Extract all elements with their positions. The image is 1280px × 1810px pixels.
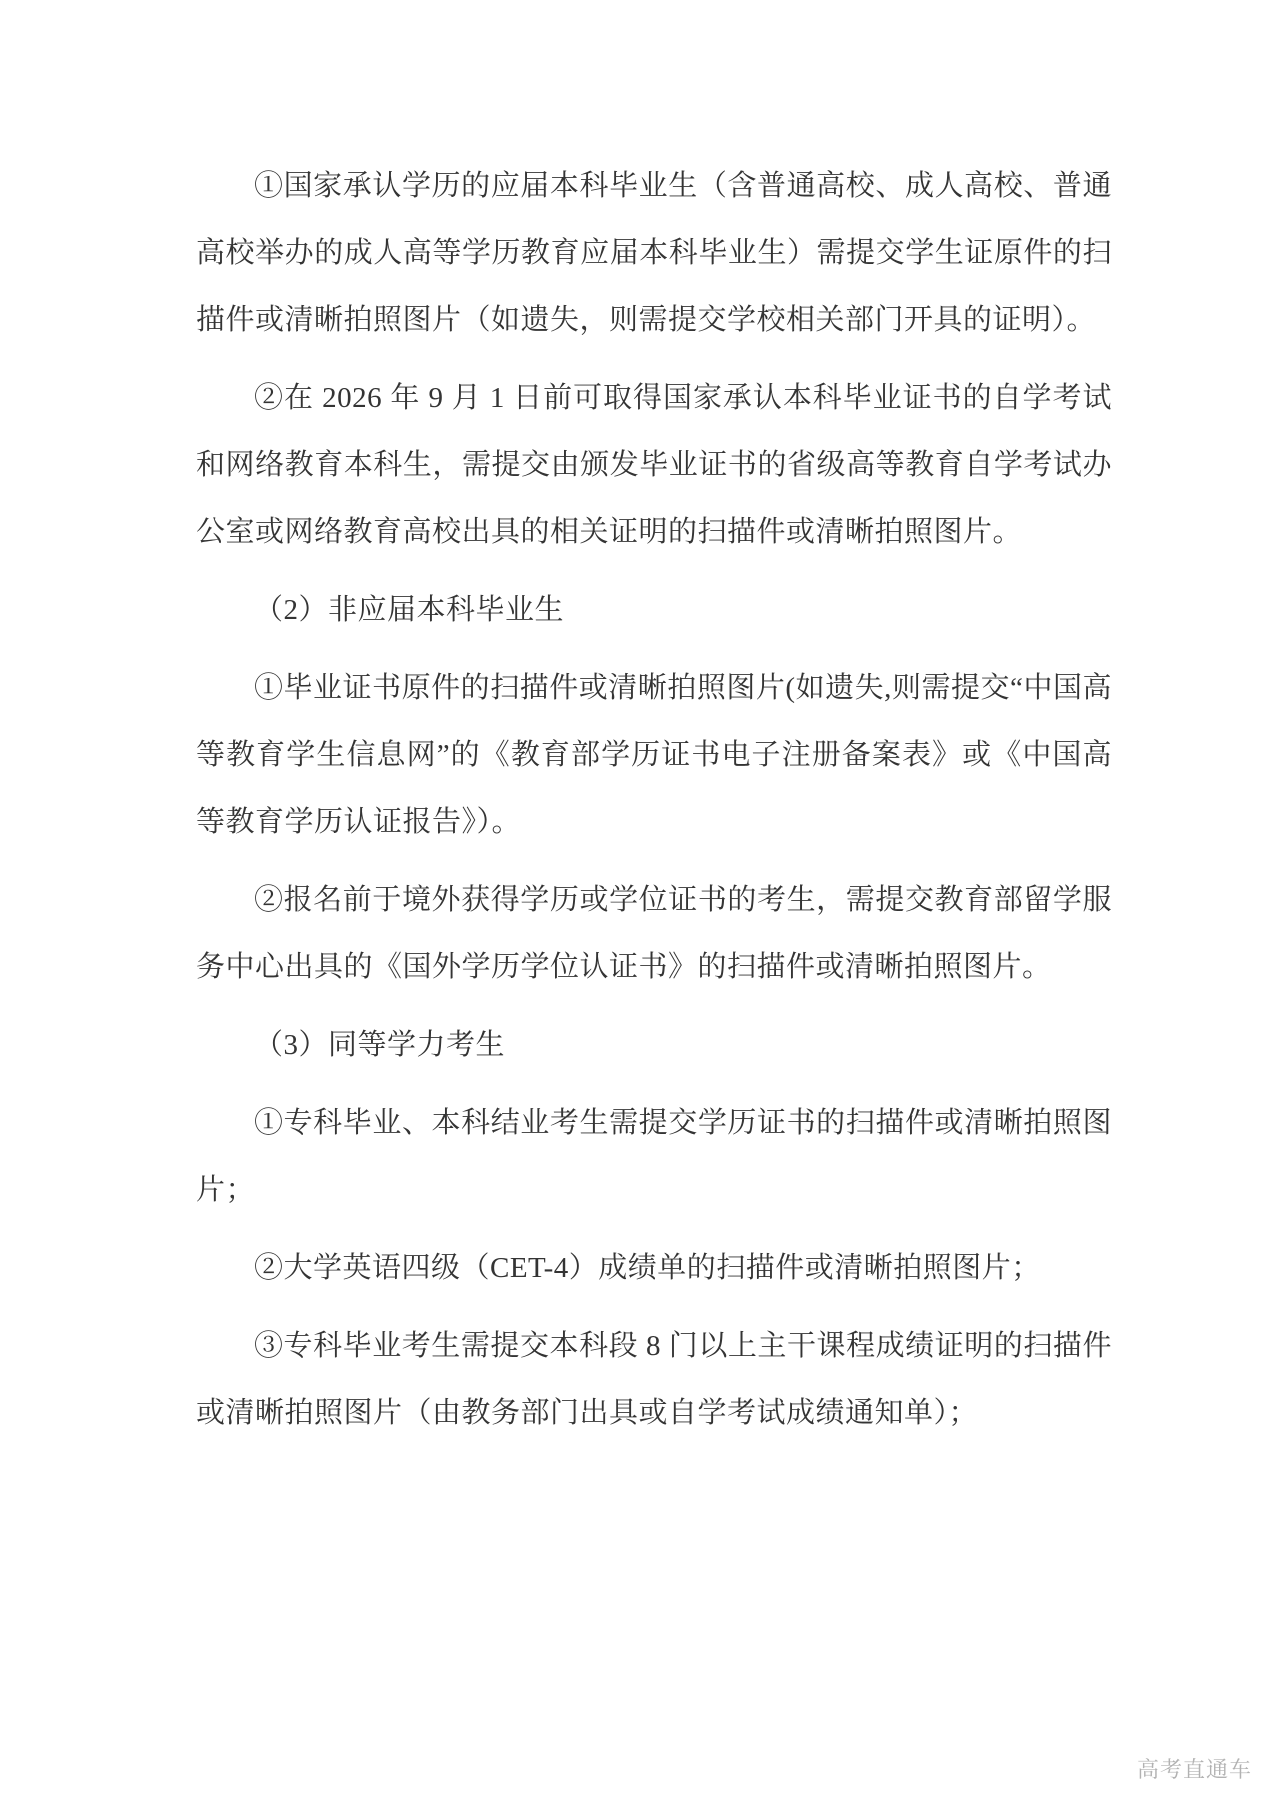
paragraph-equivalent-item1: ①专科毕业、本科结业考生需提交学历证书的扫描件或清晰拍照图片；	[196, 1090, 1112, 1224]
paragraph-non-fresh-item2: ②报名前于境外获得学历或学位证书的考生，需提交教育部留学服务中心出具的《国外学历…	[196, 867, 1112, 1001]
paragraph-fresh-graduates-item2: ②在 2026 年 9 月 1 日前可取得国家承认本科毕业证书的自学考试和网络教…	[196, 365, 1112, 566]
paragraph-equivalent-item3: ③专科毕业考生需提交本科段 8 门以上主干课程成绩证明的扫描件或清晰拍照图片（由…	[196, 1313, 1112, 1447]
paragraph-non-fresh-item1: ①毕业证书原件的扫描件或清晰拍照图片(如遗失,则需提交“中国高等教育学生信息网”…	[196, 655, 1112, 856]
paragraph-fresh-graduates-item1: ①国家承认学历的应届本科毕业生（含普通高校、成人高校、普通高校举办的成人高等学历…	[196, 153, 1112, 354]
document-page: ①国家承认学历的应届本科毕业生（含普通高校、成人高校、普通高校举办的成人高等学历…	[0, 0, 1280, 1810]
section-heading-non-fresh-graduates: （2）非应届本科毕业生	[196, 577, 1112, 644]
section-heading-equivalent-qualification: （3）同等学力考生	[196, 1012, 1112, 1079]
document-body: ①国家承认学历的应届本科毕业生（含普通高校、成人高校、普通高校举办的成人高等学历…	[196, 153, 1112, 1458]
watermark-gaokao-zhitongche: 高考直通车	[1137, 1758, 1252, 1782]
paragraph-equivalent-item2: ②大学英语四级（CET-4）成绩单的扫描件或清晰拍照图片；	[196, 1235, 1112, 1302]
